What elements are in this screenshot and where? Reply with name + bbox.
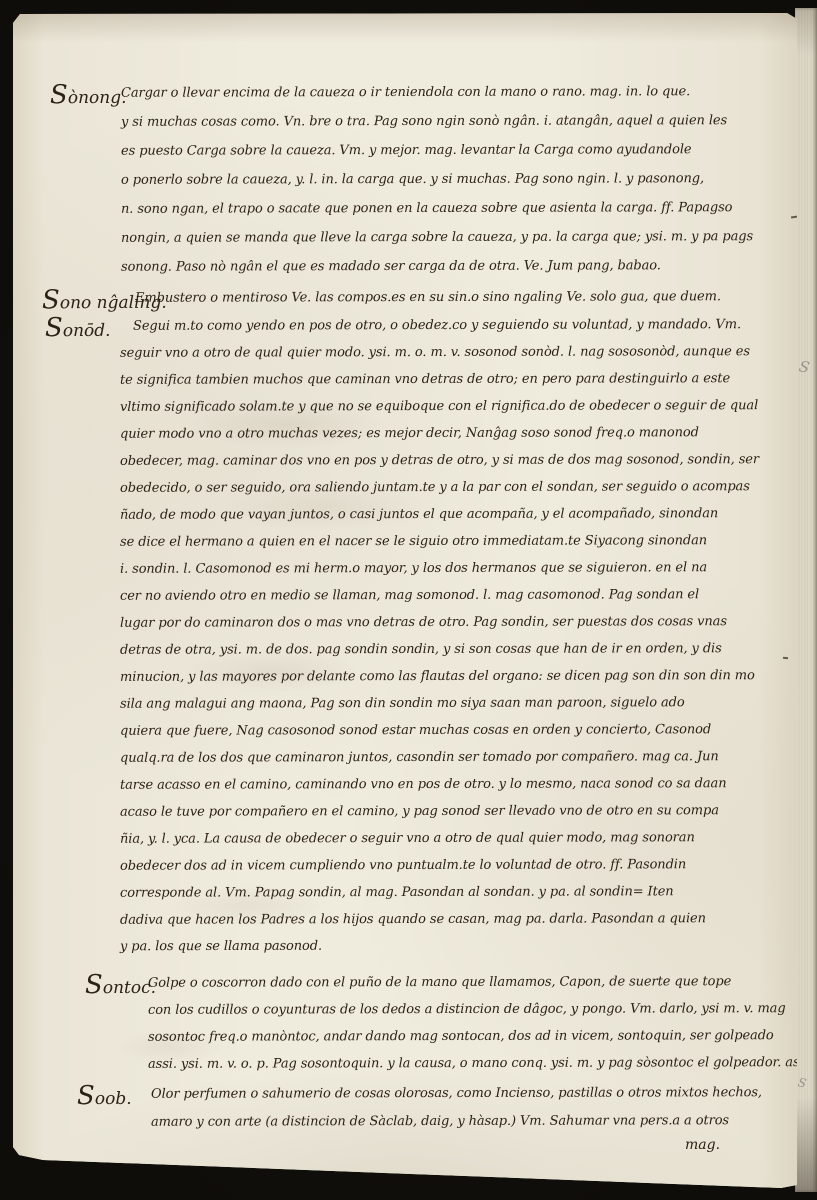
entry-headword: Sònong.	[50, 80, 127, 110]
manuscript-line: minucion, y las mayores por delante como…	[120, 668, 755, 685]
manuscript-line: quiera que fuere, Nag casosonod sonod es…	[120, 722, 711, 739]
manuscript-line: i. sondin. l. Casomonod es mi herm.o may…	[120, 560, 707, 577]
book-fore-edge: S S	[795, 8, 817, 1192]
manuscript-line: qualq.ra de los dos que caminaron juntos…	[120, 749, 719, 766]
manuscript-line: ñia, y. l. yca. La causa de obedecer o s…	[120, 830, 695, 847]
manuscript-line: amaro y con arte (a distincion de Sàclab…	[151, 1113, 729, 1130]
manuscript-line: se dice el hermano a quien en el nacer s…	[120, 533, 707, 550]
manuscript-line: obedecer, mag. caminar dos vno en pos y …	[120, 452, 759, 469]
manuscript-line: assi. ysi. m. v. o. p. Pag sosontoquin. …	[148, 1055, 808, 1072]
entry-headword: Soob.	[77, 1081, 132, 1111]
manuscript-line: ñado, de modo que vayan juntos, o casi j…	[120, 506, 718, 523]
manuscript-line: y pa. los que se llama pasonod.	[120, 939, 322, 955]
manuscript-line: Embustero o mentiroso Ve. las compos.es …	[135, 289, 721, 306]
entry-headword: Sontoc.	[85, 970, 156, 1000]
manuscript-line: n. sono ngan, el trapo o sacate que pone…	[121, 200, 732, 217]
manuscript-line: acaso le tuve por compañero en el camino…	[120, 803, 719, 820]
manuscript-line: corresponde al. Vm. Papag sondin, al mag…	[120, 884, 674, 900]
manuscript-line: lugar por do caminaron dos o mas vno det…	[120, 614, 727, 631]
manuscript-line: quier modo vno a otro muchas vezes; es m…	[120, 425, 699, 442]
manuscript-line: tarse acasso en el camino, caminando vno…	[120, 776, 727, 793]
manuscript-line: sonong. Paso nò ngân el que es madado se…	[121, 258, 661, 274]
manuscript-line: sosontoc freq.o manòntoc, andar dando ma…	[148, 1028, 774, 1045]
manuscript-line: nongin, a quien se manda que lleve la ca…	[121, 229, 753, 246]
manuscript-line: vltimo significado solam.te y que no se …	[120, 398, 758, 415]
manuscript-line: es puesto Carga sobre la caueza. Vm. y m…	[121, 142, 692, 158]
photograph-background: S S Sònong.Cargar o llevar encima de la …	[0, 0, 817, 1200]
manuscript-line: seguir vno a otro de qual quier modo. ys…	[120, 344, 750, 361]
manuscript-line: o ponerlo sobre la caueza, y. l. in. la …	[121, 171, 704, 188]
manuscript-line: Segui m.to como yendo en pos de otro, o …	[133, 317, 741, 334]
entry-headword: Sonōd.	[45, 313, 111, 343]
manuscript-line: detras de otra, ysi. m. de dos. pag sond…	[120, 641, 722, 658]
manuscript-line: cer no aviendo otro en medio se llaman, …	[120, 587, 699, 604]
manuscript-page: Sònong.Cargar o llevar encima de la caue…	[13, 13, 797, 1188]
manuscript-line: obedecer dos ad in vicem cumpliendo vno …	[120, 857, 686, 873]
ink-speck	[783, 657, 788, 659]
bleed-through-mark: S	[797, 357, 811, 377]
catchword: mag.	[685, 1137, 720, 1153]
manuscript-line: y si muchas cosas como. Vn. bre o tra. P…	[121, 113, 727, 130]
manuscript-line: sila ang malagui ang maona, Pag son din …	[120, 695, 685, 711]
manuscript-line: con los cudillos o coyunturas de los ded…	[148, 1001, 786, 1018]
manuscript-line: Cargar o llevar encima de la caueza o ir…	[121, 84, 690, 100]
manuscript-line: Olor perfumen o sahumerio de cosas oloro…	[151, 1085, 762, 1102]
manuscript-line: te significa tambien muchos que caminan …	[120, 371, 730, 388]
manuscript-line: dadiva que hacen los Padres a los hijos …	[120, 911, 706, 928]
manuscript-line: Golpe o coscorron dado con el puño de la…	[148, 974, 731, 991]
manuscript-line: obedecido, o ser seguido, ora saliendo j…	[120, 479, 750, 496]
bleed-through-mark: S	[797, 1075, 808, 1090]
